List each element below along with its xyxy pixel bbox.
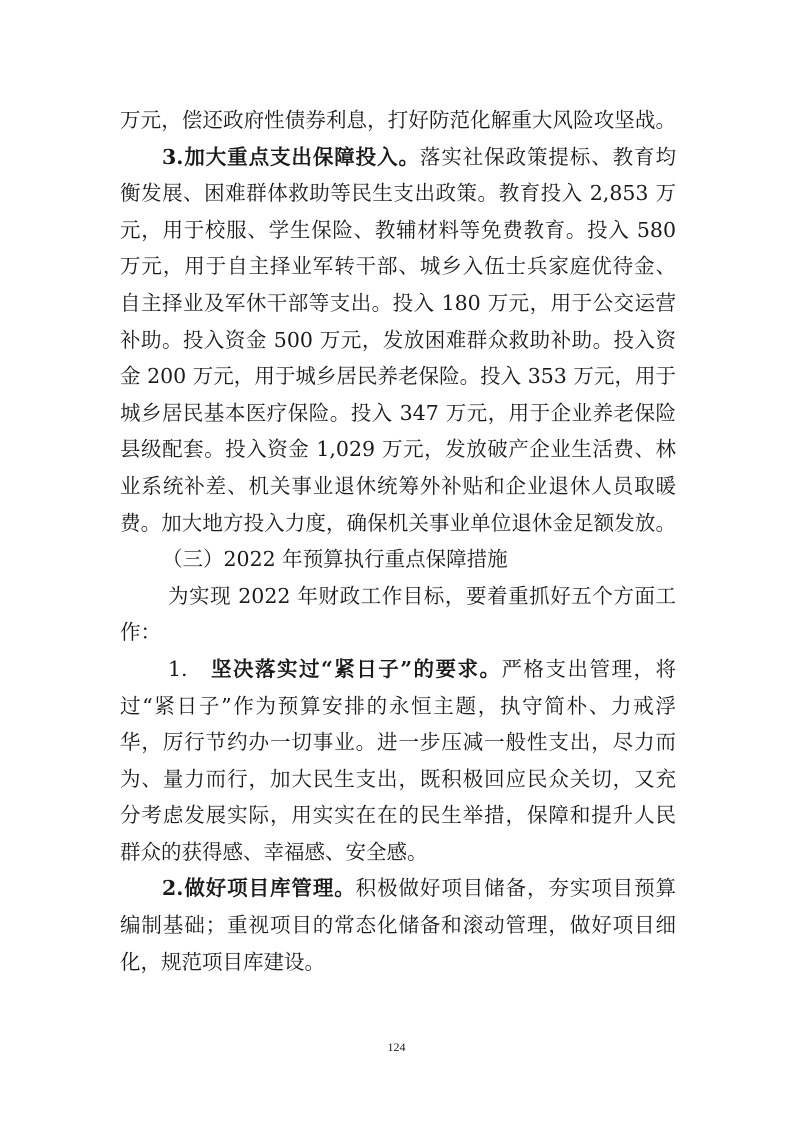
line-text: 万元，偿还政府性债券利息，打好防范化解重大风险攻坚战。 (120, 108, 676, 132)
line-text: 万元，用于自主择业军转干部、城乡入伍士兵家庭优待金、 (120, 254, 676, 278)
paragraph-line: 衡发展、困难群体救助等民生支出政策。教育投入 2,853 万 (120, 175, 676, 212)
paragraph-line: 过“紧日子”作为预算安排的永恒主题，执守简朴、力戒浮 (120, 688, 676, 725)
paragraph-line: 业系统补差、机关事业退休统筹外补贴和企业退休人员取暖 (120, 468, 676, 505)
line-text: 衡发展、困难群体救助等民生支出政策。教育投入 2,853 万 (120, 181, 676, 205)
item-1-heading-line: 1. 坚决落实过“紧日子”的要求。严格支出管理，将 (120, 651, 676, 688)
line-text: 严格支出管理，将 (502, 657, 676, 681)
paragraph-line: 作： (120, 614, 676, 651)
paragraph-line: 群众的获得感、幸福感、安全感。 (120, 834, 676, 871)
line-text: 元，用于校服、学生保险、教辅材料等免费教育。投入 580 (120, 218, 676, 242)
item-1-heading: 坚决落实过“紧日子”的要求。 (211, 657, 502, 681)
paragraph-line: 为、量力而行，加大民生支出，既积极回应民众关切，又充 (120, 761, 676, 798)
section-3-heading: 3.加大重点支出保障投入。 (162, 145, 420, 169)
paragraph-line: 编制基础；重视项目的常态化储备和滚动管理，做好项目细 (120, 907, 676, 944)
line-text: 落实社保政策提标、教育均 (420, 145, 676, 169)
paragraph-line: 化，规范项目库建设。 (120, 944, 676, 981)
line-text: 补助。投入资金 500 万元，发放困难群众救助补助。投入资 (120, 328, 676, 352)
line-text: 县级配套。投入资金 1,029 万元，发放破产企业生活费、林 (120, 437, 676, 461)
item-2-heading-line: 2.做好项目库管理。积极做好项目储备，夯实项目预算 (120, 870, 676, 907)
page-number: 124 (0, 1040, 793, 1055)
paragraph-line: 万元，用于自主择业军转干部、城乡入伍士兵家庭优待金、 (120, 248, 676, 285)
line-text: 积极做好项目储备，夯实项目预算 (356, 876, 676, 900)
item-2-heading: 2.做好项目库管理。 (162, 876, 356, 900)
line-text: 金 200 万元，用于城乡居民养老保险。投入 353 万元，用于 (120, 364, 676, 388)
line-text: 化，规范项目库建设。 (120, 950, 325, 974)
paragraph-line: 华，厉行节约办一切事业。进一步压减一般性支出，尽力而 (120, 724, 676, 761)
paragraph-line: 为实现 2022 年财政工作目标，要着重抓好五个方面工 (120, 578, 676, 615)
paragraph-line: 元，用于校服、学生保险、教辅材料等免费教育。投入 580 (120, 212, 676, 249)
line-text: 城乡居民基本医疗保险。投入 347 万元，用于企业养老保险 (120, 401, 676, 425)
paragraph-line: 补助。投入资金 500 万元，发放困难群众救助补助。投入资 (120, 322, 676, 359)
document-page: 万元，偿还政府性债券利息，打好防范化解重大风险攻坚战。 3.加大重点支出保障投入… (0, 0, 793, 1122)
line-text: 为、量力而行，加大民生支出，既积极回应民众关切，又充 (120, 767, 676, 791)
body-text: 万元，偿还政府性债券利息，打好防范化解重大风险攻坚战。 3.加大重点支出保障投入… (120, 102, 676, 980)
line-text: 业系统补差、机关事业退休统筹外补贴和企业退休人员取暖 (120, 474, 676, 498)
paragraph-line: 万元，偿还政府性债券利息，打好防范化解重大风险攻坚战。 (120, 102, 676, 139)
section-3-heading-line: 3.加大重点支出保障投入。落实社保政策提标、教育均 (120, 139, 676, 176)
subsection-heading: （三）2022 年预算执行重点保障措施 (162, 547, 508, 571)
line-text: 编制基础；重视项目的常态化储备和滚动管理，做好项目细 (120, 913, 676, 937)
paragraph-line: 县级配套。投入资金 1,029 万元，发放破产企业生活费、林 (120, 431, 676, 468)
line-text: 自主择业及军休干部等支出。投入 180 万元，用于公交运营 (120, 291, 676, 315)
line-text: 分考虑发展实际，用实实在在的民生举措，保障和提升人民 (120, 803, 676, 827)
line-text: 群众的获得感、幸福感、安全感。 (120, 840, 428, 864)
item-1-number: 1. (168, 657, 211, 681)
line-text: 为实现 2022 年财政工作目标，要着重抓好五个方面工 (168, 584, 676, 608)
paragraph-line: 城乡居民基本医疗保险。投入 347 万元，用于企业养老保险 (120, 395, 676, 432)
line-text: 过“紧日子”作为预算安排的永恒主题，执守简朴、力戒浮 (120, 694, 676, 718)
subsection-heading-line: （三）2022 年预算执行重点保障措施 (120, 541, 676, 578)
line-text: 华，厉行节约办一切事业。进一步压减一般性支出，尽力而 (120, 730, 676, 754)
paragraph-line: 分考虑发展实际，用实实在在的民生举措，保障和提升人民 (120, 797, 676, 834)
paragraph-line: 金 200 万元，用于城乡居民养老保险。投入 353 万元，用于 (120, 358, 676, 395)
line-text: 作： (120, 620, 161, 644)
line-text: 费。加大地方投入力度，确保机关事业单位退休金足额发放。 (120, 511, 676, 535)
paragraph-line: 自主择业及军休干部等支出。投入 180 万元，用于公交运营 (120, 285, 676, 322)
paragraph-line: 费。加大地方投入力度，确保机关事业单位退休金足额发放。 (120, 505, 676, 542)
